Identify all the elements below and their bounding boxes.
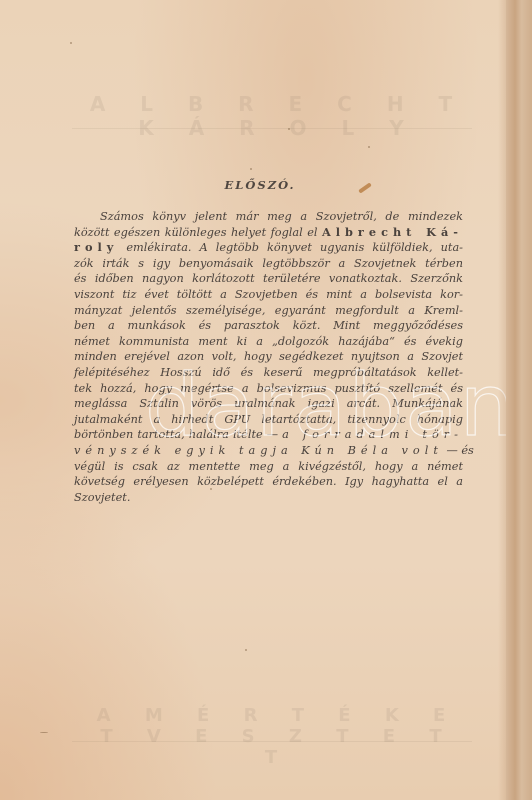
bleed-through-heading-top: A L B R E C H T K Á R O L Y <box>78 92 478 140</box>
bleed-through-rule-top <box>72 128 472 129</box>
bleed-through-heading-bottom: A M É R T É K E T V E S Z T E T T <box>78 705 478 768</box>
text-line: követség erélyesen közbelépett érdekében… <box>74 474 463 490</box>
book-spine-edge <box>506 0 532 800</box>
text-line: ben a munkások és parasztok közt. Mint m… <box>74 318 463 334</box>
paper-speck <box>210 488 212 490</box>
book-page: A L B R E C H T K Á R O L Y A M É R T É … <box>0 0 510 800</box>
text-line: roly emlékirata. A legtöbb könyvet ugyan… <box>74 240 463 256</box>
text-run: között egészen különleges helyet foglal … <box>74 226 322 239</box>
text-line: között egészen különleges helyet foglal … <box>74 225 463 241</box>
page-title: ELŐSZÓ. <box>0 178 532 192</box>
paper-speck <box>368 146 370 148</box>
paper-speck <box>250 168 252 170</box>
emphasized-text: roly <box>74 240 118 254</box>
text-run: emlékirata. A legtöbb könyvet ugyanis kü… <box>118 241 463 254</box>
text-line: mányzat jelentős személyisége, egyaránt … <box>74 303 463 319</box>
paper-speck <box>245 649 247 651</box>
watermark: darabanth <box>145 363 532 449</box>
text-line: és időben nagyon korlátozott területére … <box>74 271 463 287</box>
paper-speck <box>40 732 48 733</box>
text-line: viszont tiz évet töltött a Szovjetben és… <box>74 287 463 303</box>
bleed-through-rule-bottom <box>72 741 472 742</box>
text-line: Szovjetet. <box>74 490 463 506</box>
paper-speck <box>288 128 290 130</box>
text-line: német kommunista ment ki a „dolgozók haz… <box>74 334 463 350</box>
text-line: Számos könyv jelent már meg a Szovjetről… <box>74 209 463 225</box>
emphasized-text: Albrecht Ká- <box>322 225 463 239</box>
paper-speck <box>70 42 72 44</box>
text-line: zók irták s igy benyomásaik legtöbbször … <box>74 256 463 272</box>
text-line: végül is csak az mentette meg a kivégzés… <box>74 459 463 475</box>
